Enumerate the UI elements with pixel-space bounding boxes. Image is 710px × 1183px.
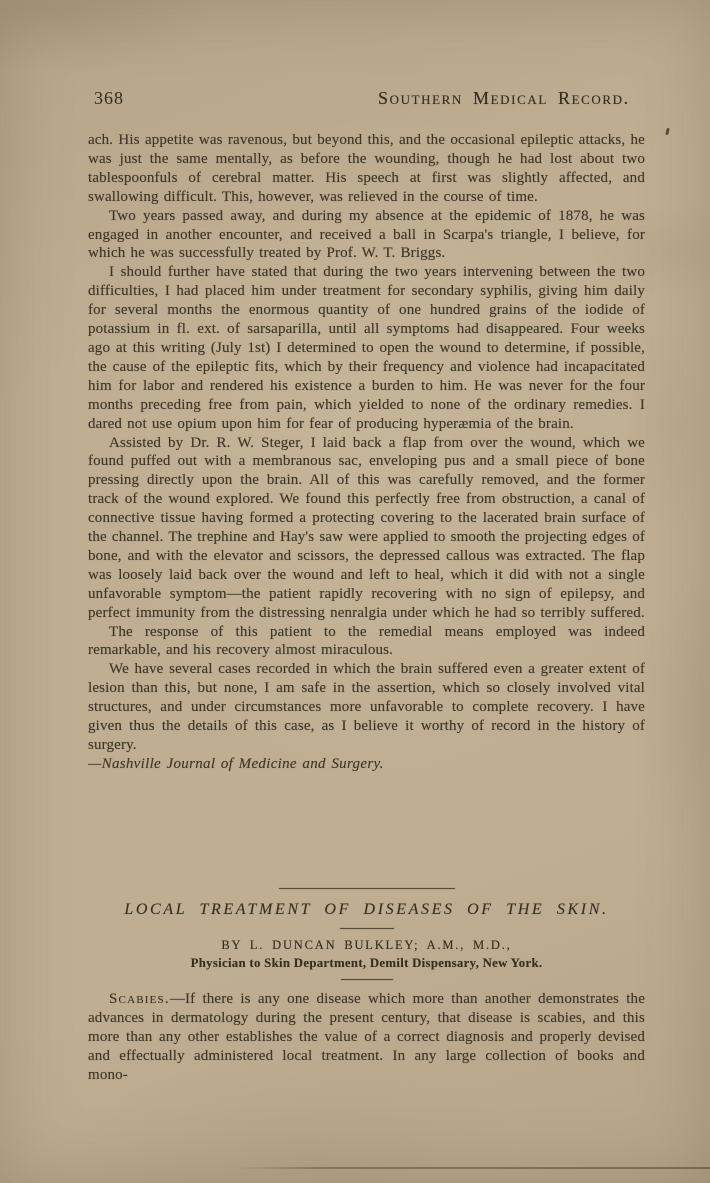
article-skin-treatment: LOCAL TREATMENT OF DISEASES OF THE SKIN.… [88,876,645,1085]
scanned-journal-page: 368 Southern Medical Record. ach. His ap… [0,0,710,1183]
paragraph: Two years passed away, and during my abs… [88,207,645,264]
ink-speck [665,128,670,136]
journal-attribution: —Nashville Journal of Medicine and Surge… [88,755,645,774]
article-title: LOCAL TREATMENT OF DISEASES OF THE SKIN. [88,899,645,921]
paragraph-lead-word: Scabies. [109,991,170,1007]
page-number: 368 [94,88,124,109]
paragraph: Assisted by Dr. R. W. Steger, I laid bac… [88,434,645,623]
paragraph: We have several cases recorded in which … [88,660,645,755]
article-case-report: ach. His appetite was ravenous, but beyo… [88,131,645,774]
running-head: 368 Southern Medical Record. [88,88,650,112]
paragraph: ach. His appetite was ravenous, but beyo… [88,131,645,207]
paragraph: The response of this patient to the reme… [88,623,645,661]
section-divider-rule [279,888,455,889]
title-rule [340,928,394,929]
byline: BY L. DUNCAN BULKLEY; A.M., M.D., [88,938,645,953]
page-edge-shadow [235,1167,710,1169]
author-affiliation: Physician to Skin Department, Demilt Dis… [88,956,645,971]
paragraph-text: —If there is any one disease which more … [88,991,645,1083]
journal-title: Southern Medical Record. [378,88,630,109]
paragraph: I should further have stated that during… [88,263,645,433]
byline-rule [341,979,393,980]
paragraph: Scabies.—If there is any one disease whi… [88,990,645,1085]
